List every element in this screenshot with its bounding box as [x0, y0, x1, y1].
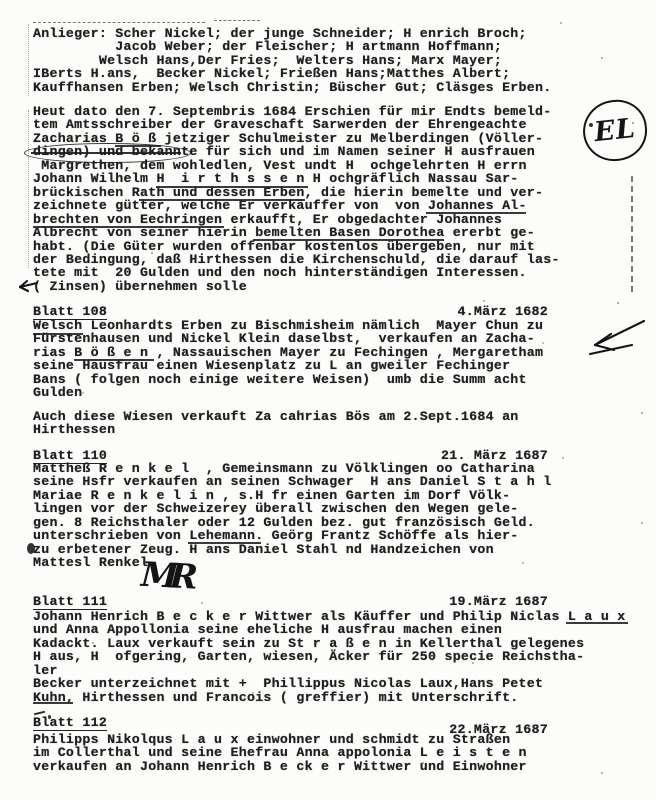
underline-brechten-eechringen — [33, 226, 224, 228]
wiesen-note: Auch diese Wiesen verkauft Za cahrias Bö… — [33, 410, 519, 437]
pen-dot — [589, 123, 593, 127]
ink-blot — [27, 543, 35, 554]
underline-basen-dorothea — [253, 239, 444, 241]
underline-lehemann — [188, 542, 261, 544]
strike-voellerdingen — [31, 152, 181, 154]
underline-johannes-al — [426, 212, 526, 214]
blatt-112-heading: Blatt 112 — [33, 716, 107, 731]
pen-tick-dot — [48, 715, 51, 719]
scanned-document-page: Anlieger: Scher Nickel; der junge Schnei… — [0, 0, 656, 800]
underline-boessen — [74, 359, 154, 361]
left-edge-dotted-line — [28, 24, 29, 96]
blatt-112-header: Blatt 112 22.März 1687 — [33, 716, 548, 731]
entry-blatt-111: Johann Henrich B e c k e r Wittwer als K… — [33, 610, 626, 704]
entry-blatt-110: Mattheß R e n k e l , Gemeinsmann zu Völ… — [33, 462, 551, 570]
circled-annotation: EL — [580, 97, 650, 164]
pencil-dash-top — [33, 22, 205, 23]
entry-blatt-112: Philipps Nikolqus L a u x einwohner und … — [33, 733, 527, 773]
handwritten-monogram: MR — [140, 555, 190, 597]
scan-noise — [0, 0, 2, 2]
pencil-margin-line — [631, 176, 633, 292]
underline-welsch — [33, 333, 83, 335]
anlieger-list: Anlieger: Scher Nickel; der junge Schnei… — [33, 27, 551, 94]
hand-arrow-left-icon — [585, 314, 647, 358]
pencil-dash-top-2 — [214, 20, 260, 21]
left-edge-dotted-line-2 — [28, 110, 29, 268]
underline-kuhn — [33, 702, 73, 704]
underline-rath-erben — [139, 199, 305, 201]
underline-hirthssen — [156, 186, 308, 188]
margin-arrow-icon — [15, 277, 39, 295]
underline-laux — [566, 622, 628, 624]
